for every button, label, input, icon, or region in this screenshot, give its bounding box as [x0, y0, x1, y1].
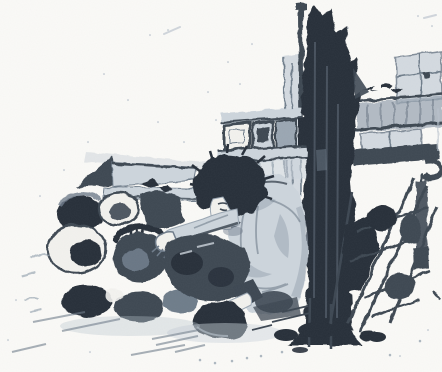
book-illustration: Monochrome blue-grey ink wash illustrati…	[0, 0, 442, 372]
paper-grain-overlay	[0, 0, 442, 372]
illustration-canvas	[0, 0, 442, 372]
illustration-page: Monochrome blue-grey ink wash illustrati…	[0, 0, 442, 372]
